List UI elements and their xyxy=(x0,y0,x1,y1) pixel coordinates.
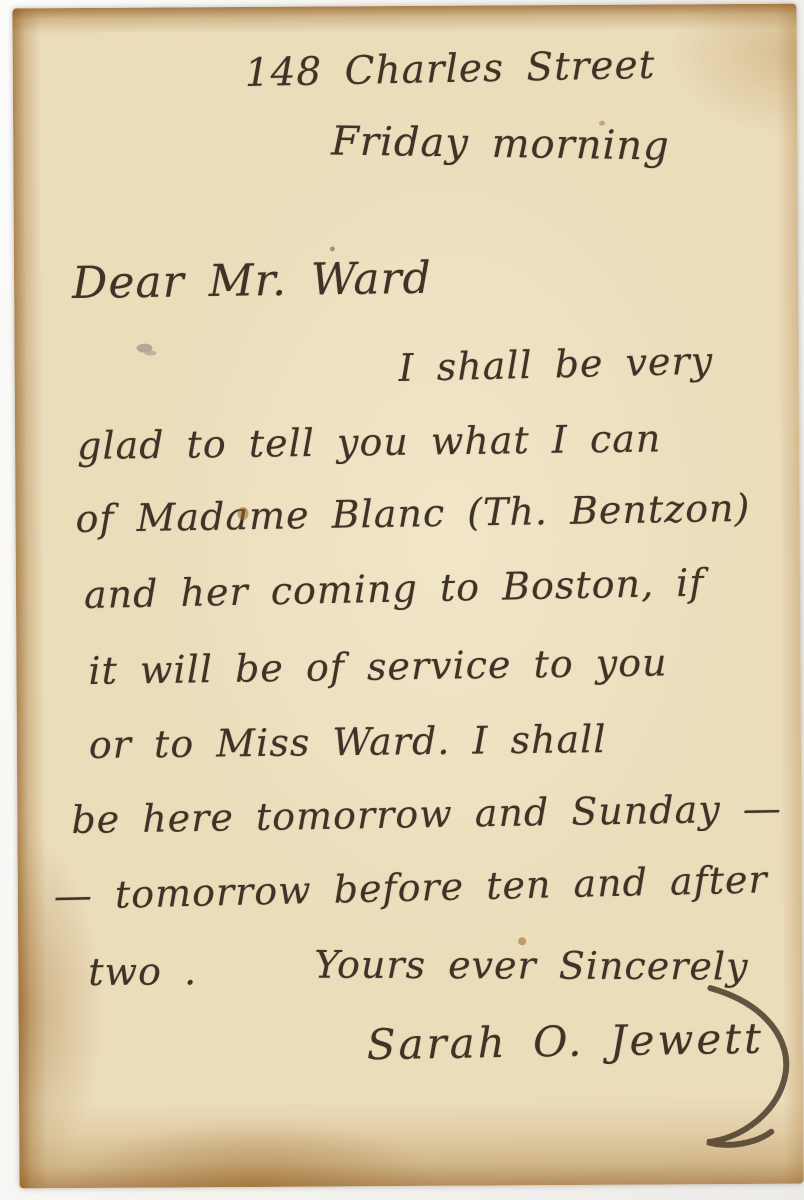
body-line-1: I shall be very xyxy=(398,339,714,390)
stain-spot xyxy=(330,246,335,251)
body-line-4: and her coming to Boston, if xyxy=(84,561,705,617)
stain-spot xyxy=(599,121,605,126)
salutation: Dear Mr. Ward xyxy=(72,253,432,309)
smudge-mark xyxy=(136,344,152,353)
address-line: 148 Charles Street xyxy=(244,43,655,96)
body-line-5: it will be of service to you xyxy=(88,640,668,693)
body-line-3: of Madame Blanc (Th. Bentzon) xyxy=(75,486,751,541)
body-line-2: glad to tell you what I can xyxy=(77,416,662,468)
closing-line: Yours ever Sincerely xyxy=(314,943,748,989)
stain-spot xyxy=(237,507,248,520)
letter-paper: 148 Charles Street Friday morning Dear M… xyxy=(12,4,803,1189)
body-line-9: two . xyxy=(88,949,197,994)
date-line: Friday morning xyxy=(331,118,670,169)
body-line-7: be here tomorrow and Sunday — xyxy=(71,786,782,842)
stain-spot xyxy=(518,937,526,945)
body-line-6: or to Miss Ward. I shall xyxy=(89,717,607,767)
signature-flourish-mark xyxy=(696,982,804,1163)
body-line-8: — tomorrow before ten and after xyxy=(53,857,768,918)
scanner-background: { "letter": { "heading": { "address": "1… xyxy=(0,0,804,1200)
